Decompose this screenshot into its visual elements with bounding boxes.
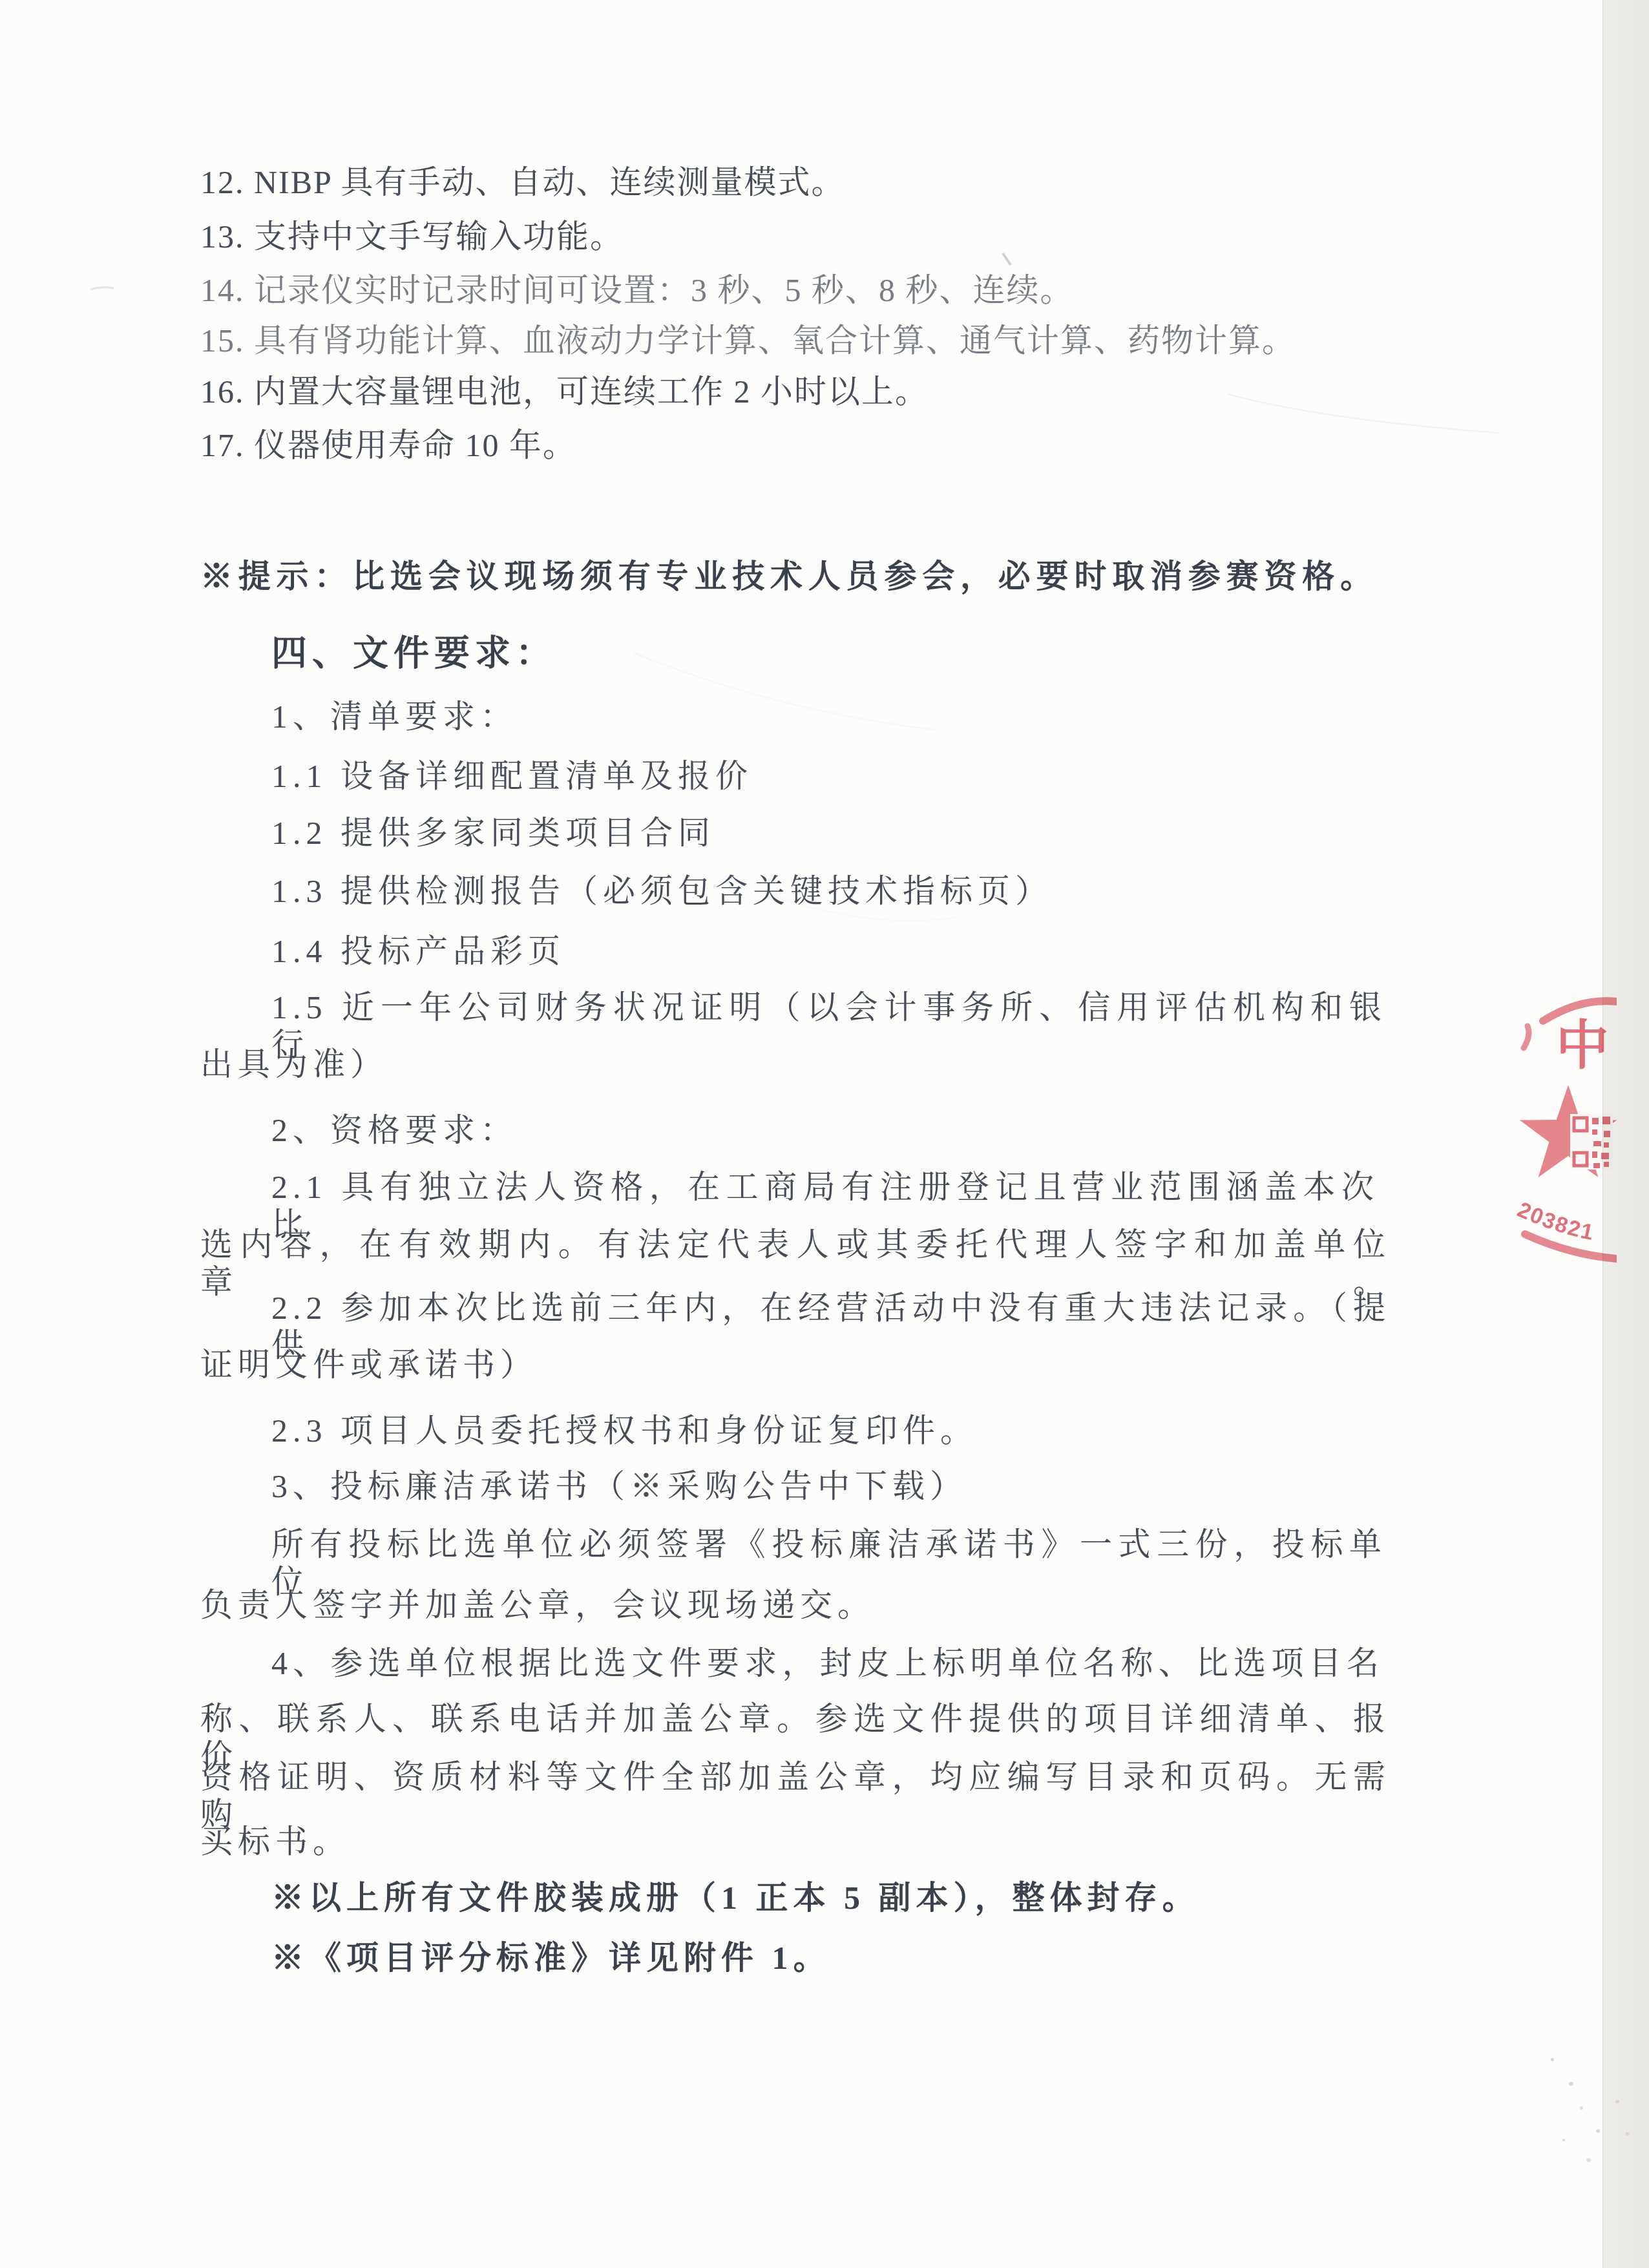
section-title: 四、文件要求： (271, 635, 556, 672)
speck-dot (1580, 2106, 1583, 2110)
req-1-5: 1.5 近一年公司财务状况证明（以会计事务所、信用评估机构和银行 (271, 989, 1387, 1064)
stamp-qr-icon (1570, 1114, 1613, 1170)
req-1-4: 1.4 投标产品彩页 (271, 932, 565, 970)
spec-item-15: 15. 具有肾功能计算、血液动力学计算、氧合计算、通气计算、药物计算。 (200, 322, 1296, 359)
spec-item-13: 13. 支持中文手写输入功能。 (200, 218, 624, 255)
scoring-note: ※《项目评分标准》详见附件 1。 (271, 1939, 831, 1977)
speck-dot (1615, 2100, 1619, 2103)
stamp-comma-mark (1524, 1026, 1529, 1048)
scanned-document-page: 12. NIBP 具有手动、自动、连续测量模式。 13. 支持中文手写输入功能。… (0, 0, 1649, 2268)
qualification-title: 2、资格要求： (271, 1111, 518, 1149)
req-4-cont-2: 资格证明、资质材料等文件全部加盖公章，均应编写目录和页码。无需购 (200, 1758, 1391, 1833)
speck-dot (1586, 2158, 1591, 2162)
spec-item-17: 17. 仪器使用寿命 10 年。 (200, 426, 576, 464)
stamp-character: 中 (1556, 1016, 1609, 1075)
spec-item-12: 12. NIBP 具有手动、自动、连续测量模式。 (200, 163, 845, 201)
req-4-cont-3: 买标书。 (200, 1823, 350, 1860)
req-2-3: 2.3 项目人员委托授权书和身份证复印件。 (271, 1412, 978, 1449)
speck-dot (1562, 2139, 1565, 2141)
spec-item-14: 14. 记录仪实时记录时间可设置：3 秒、5 秒、8 秒、连续。 (200, 271, 1074, 309)
req-4: 4、参选单位根据比选文件要求，封皮上标明单位名称、比选项目名 (271, 1644, 1384, 1682)
req-1-5-cont: 出具为准） (200, 1045, 388, 1083)
list-requirements-title: 1、清单要求： (271, 698, 518, 735)
notice-line: ※提示：比选会议现场须有专业技术人员参会，必要时取消参赛资格。 (200, 558, 1378, 595)
speck-dot (1596, 2129, 1600, 2133)
speck-dot (1569, 2082, 1573, 2086)
binding-note: ※以上所有文件胶装成册（1 正本 5 副本），整体封存。 (271, 1879, 1200, 1916)
red-seal-stamp: 中 203821 (1506, 987, 1617, 1265)
speck-dot (1626, 2132, 1629, 2136)
req-3-para-cont: 负责人签字并加盖公章，会议现场递交。 (200, 1586, 875, 1624)
speck-dot (1551, 2058, 1554, 2061)
req-1-1: 1.1 设备详细配置清单及报价 (271, 757, 753, 795)
req-3: 3、投标廉洁承诺书（※采购公告中下载） (271, 1467, 967, 1505)
req-1-2: 1.2 提供多家同类项目合同 (271, 814, 715, 852)
req-2-2-cont: 证明文件或承诺书） (200, 1346, 538, 1383)
req-1-3: 1.3 提供检测报告（必须包含关键技术指标页） (271, 872, 1053, 910)
spec-item-16: 16. 内置大容量锂电池，可连续工作 2 小时以上。 (200, 373, 929, 410)
